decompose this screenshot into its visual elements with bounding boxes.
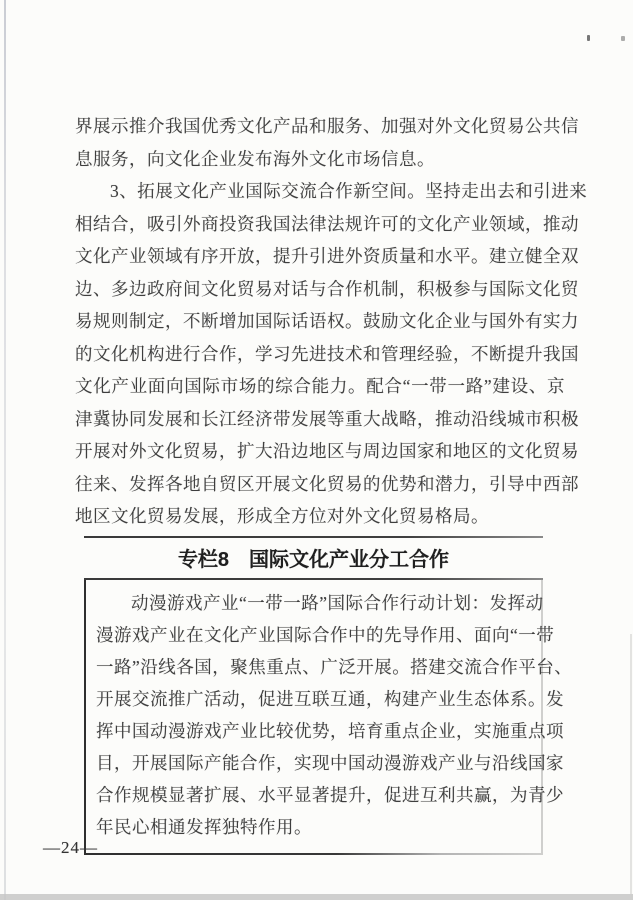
- body-line: 易规则制定，不断增加国际话语权。鼓励文化企业与国外有实力: [75, 305, 565, 338]
- panel-line: 挥中国动漫游戏产业比较优势，培育重点企业，实施重点项: [96, 715, 531, 747]
- body-line: 的文化机构进行合作，学习先进技术和管理经验，不断提升我国: [75, 338, 565, 371]
- body-line: 3、拓展文化产业国际交流合作新空间。坚持走出去和引进来: [75, 175, 565, 208]
- scanned-document-page: 界展示推介我国优秀文化产品和服务、加强对外文化贸易公共信 息服务，向文化企业发布…: [0, 0, 633, 900]
- scan-speck: [621, 36, 625, 41]
- scan-speck: [587, 35, 590, 41]
- panel-line: 动漫游戏产业“一带一路”国际合作行动计划：发挥动: [96, 587, 531, 619]
- column-8-panel: 专栏8 国际文化产业分工合作 动漫游戏产业“一带一路”国际合作行动计划：发挥动 …: [84, 536, 543, 855]
- scan-edge-left: [4, 0, 6, 900]
- panel-line: 目，开展国际产能合作，实现中国动漫游戏产业与沿线国家: [96, 747, 531, 779]
- body-line: 文化产业领域有序开放，提升引进外资质量和水平。建立健全双: [75, 240, 565, 273]
- body-line: 津冀协同发展和长江经济带发展等重大战略，推动沿线城市积极: [75, 403, 565, 436]
- panel-line: 合作规模显著扩展、水平显著提升，促进互利共赢，为青少: [96, 779, 531, 811]
- scan-edge-right: [630, 634, 632, 894]
- body-line: 息服务，向文化企业发布海外文化市场信息。: [75, 143, 565, 176]
- panel-line: 年民心相通发挥独特作用。: [96, 811, 531, 843]
- body-line: 往来、发挥各地自贸区开展文化贸易的优势和潜力，引导中西部: [75, 468, 565, 501]
- body-line: 相结合，吸引外商投资我国法律法规许可的文化产业领域，推动: [75, 208, 565, 241]
- panel-title: 专栏8 国际文化产业分工合作: [84, 536, 543, 580]
- panel-line: 开展交流推广活动，促进互联互通，构建产业生态体系。发: [96, 683, 531, 715]
- body-line: 开展对外文化贸易，扩大沿边地区与周边国家和地区的文化贸易: [75, 435, 565, 468]
- body-line: 界展示推介我国优秀文化产品和服务、加强对外文化贸易公共信: [75, 110, 565, 143]
- panel-line: 漫游戏产业在文化产业国际合作中的先导作用、面向“一带: [96, 619, 531, 651]
- panel-body: 动漫游戏产业“一带一路”国际合作行动计划：发挥动 漫游戏产业在文化产业国际合作中…: [84, 580, 543, 855]
- panel-line: 一路”沿线各国，聚焦重点、广泛开展。搭建交流合作平台、: [96, 651, 531, 683]
- scan-edge-bottom: [0, 894, 633, 900]
- body-text: 界展示推介我国优秀文化产品和服务、加强对外文化贸易公共信 息服务，向文化企业发布…: [75, 110, 565, 533]
- body-line: 边、多边政府间文化贸易对话与合作机制，积极参与国际文化贸: [75, 273, 565, 306]
- body-line: 文化产业面向国际市场的综合能力。配合“一带一路”建设、京: [75, 370, 565, 403]
- page-number: —24—: [43, 838, 98, 858]
- body-line: 地区文化贸易发展，形成全方位对外文化贸易格局。: [75, 500, 565, 533]
